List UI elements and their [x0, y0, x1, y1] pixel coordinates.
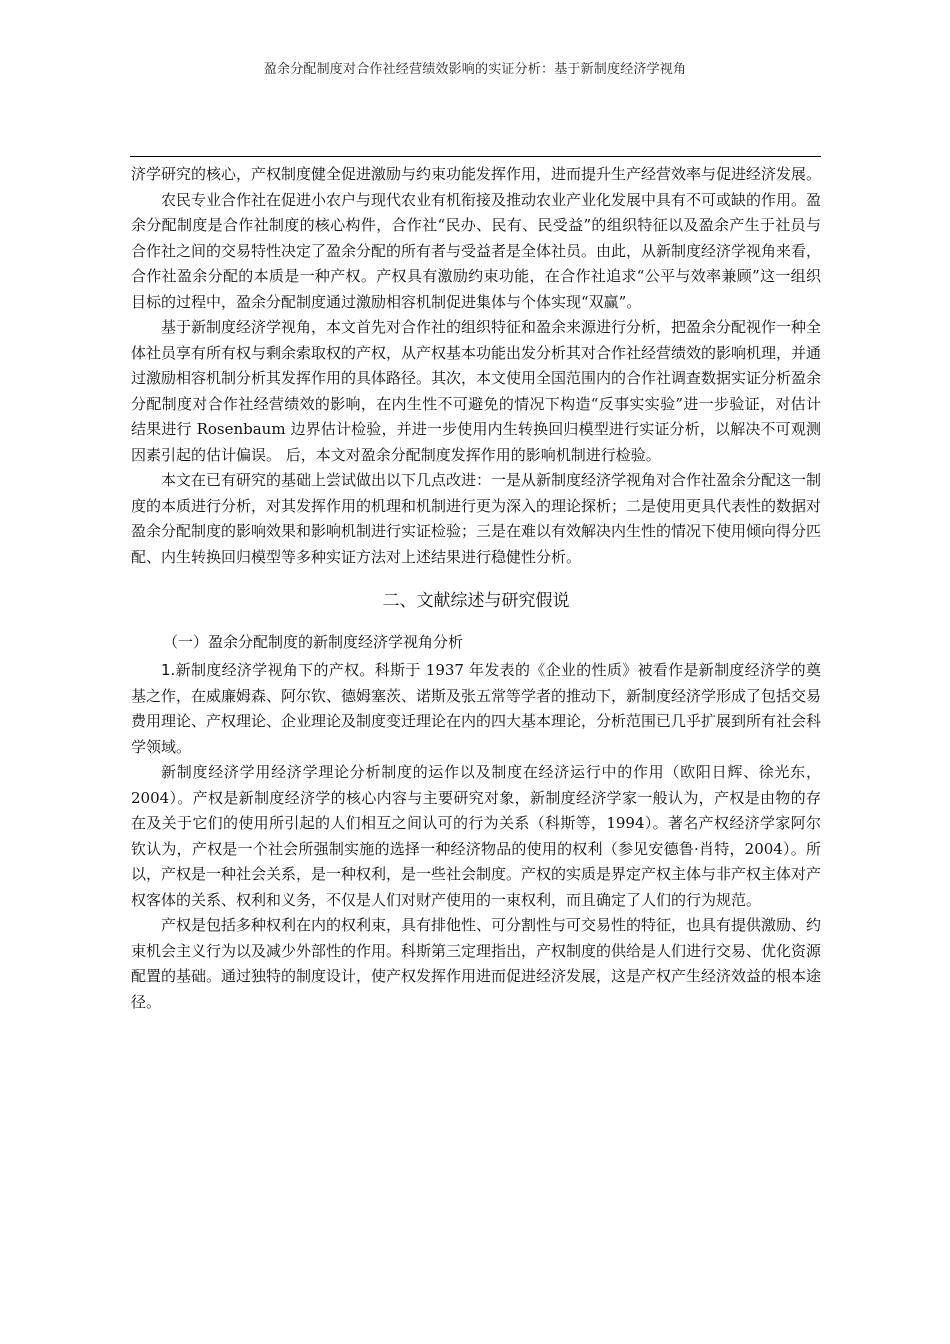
paragraph: 济学研究的核心，产权制度健全促进激励与约束功能发挥作用，进而提升生产经营效率与促… — [131, 162, 821, 188]
page-body: 济学研究的核心，产权制度健全促进激励与约束功能发挥作用，进而提升生产经营效率与促… — [131, 162, 821, 1015]
paragraph: 农民专业合作社在促进小农户与现代农业有机衔接及推动农业产业化发展中具有不可或缺的… — [131, 188, 821, 316]
running-header-title: 盈余分配制度对合作社经营绩效影响的实证分析：基于新制度经济学视角 — [0, 58, 950, 77]
paragraph: 本文在已有研究的基础上尝试做出以下几点改进：一是从新制度经济学视角对合作社盈余分… — [131, 468, 821, 570]
subsection-heading: （一）盈余分配制度的新制度经济学视角分析 — [131, 628, 821, 656]
section-heading: 二、文献综述与研究假说 — [131, 588, 821, 614]
paragraph: 新制度经济学用经济学理论分析制度的运作以及制度在经济运行中的作用（欧阳日辉、徐光… — [131, 760, 821, 913]
paragraph: 产权是包括多种权利在内的权利束，具有排他性、可分割性与可交易性的特征，也具有提供… — [131, 913, 821, 1015]
header-rule — [130, 156, 821, 157]
paragraph: 1.新制度经济学视角下的产权。科斯于 1937 年发表的《企业的性质》被看作是新… — [131, 658, 821, 760]
paragraph: 基于新制度经济学视角，本文首先对合作社的组织特征和盈余来源进行分析，把盈余分配视… — [131, 315, 821, 468]
paragraph-lead-heading: 1.新制度经济学视角下的产权。 — [161, 661, 375, 679]
